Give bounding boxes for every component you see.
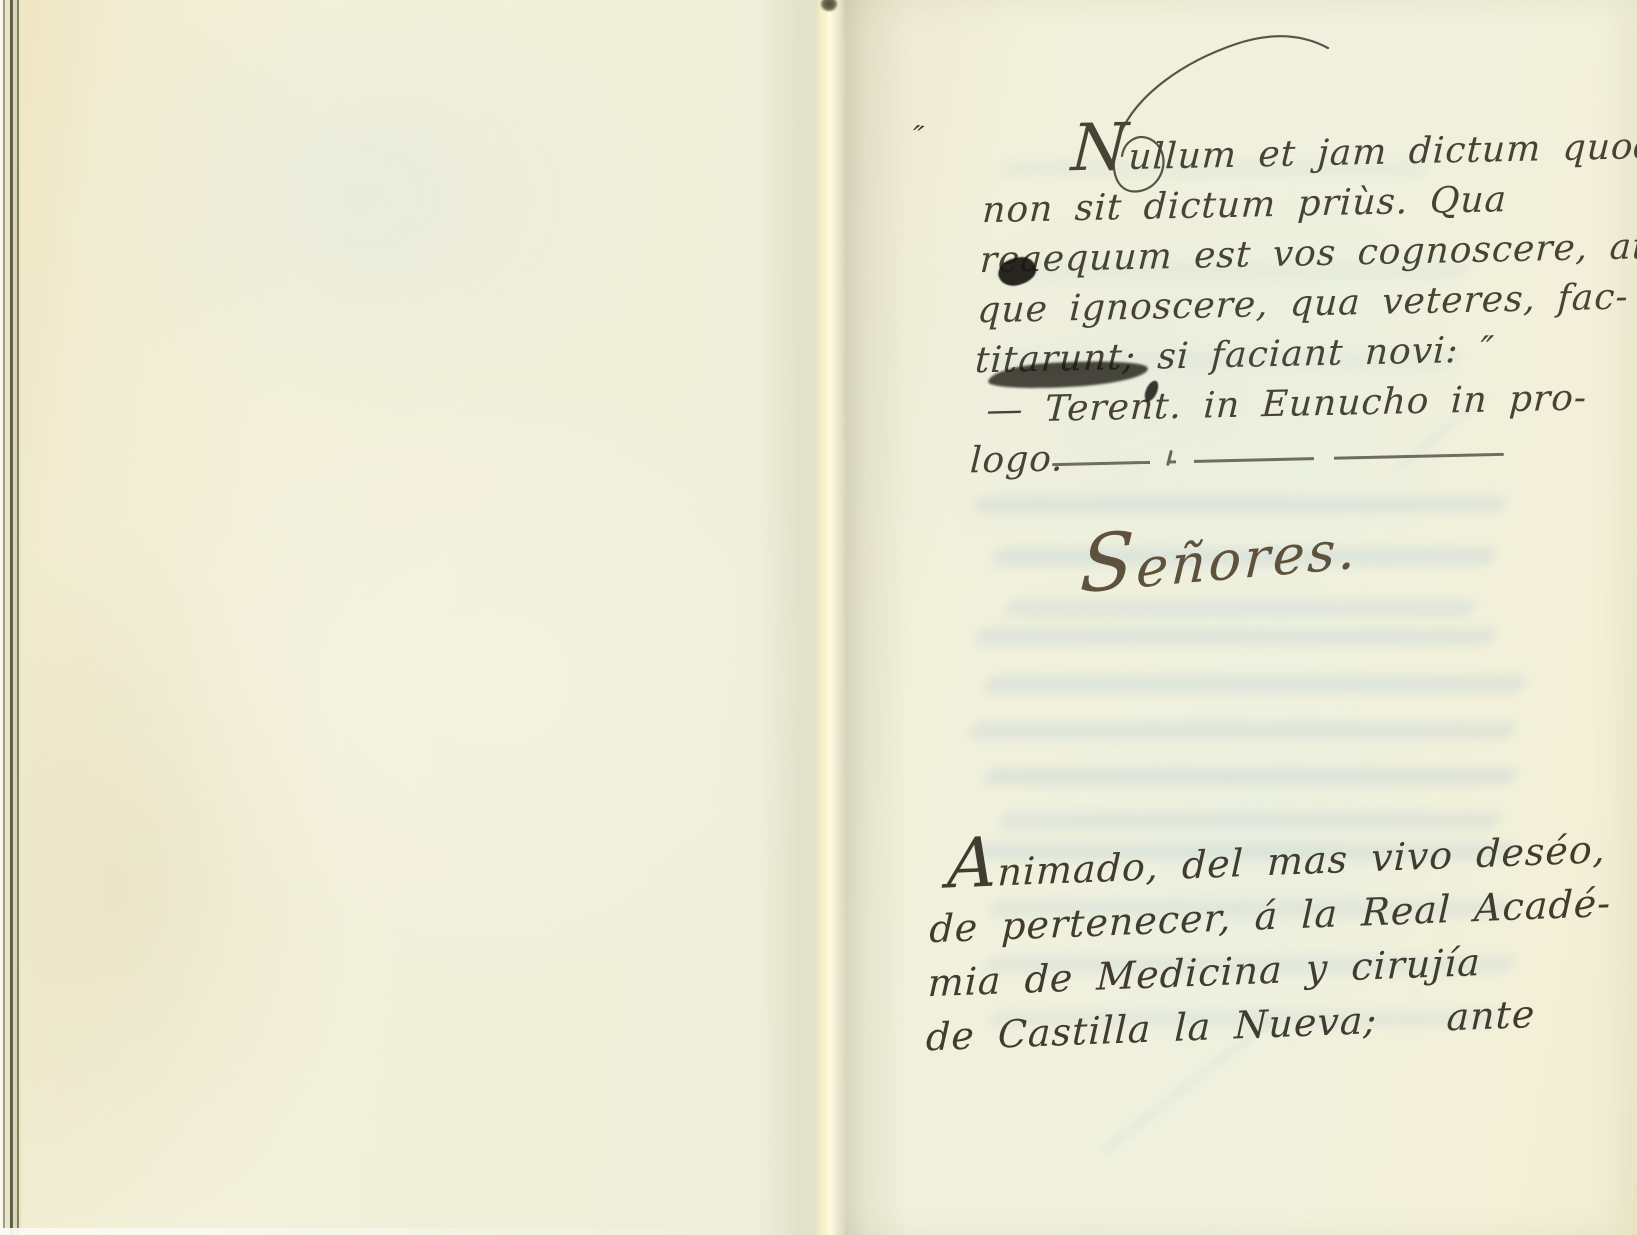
bleed-through-line bbox=[972, 628, 1498, 645]
bleed-through-line bbox=[982, 676, 1528, 693]
bleed-through-line bbox=[997, 812, 1503, 829]
book-gutter bbox=[758, 0, 908, 1235]
opening-paragraph: Animado, del mas vivo deséo, de pertenec… bbox=[925, 822, 1613, 1065]
left-blank-page bbox=[22, 0, 830, 1235]
bleed-through-line bbox=[972, 496, 1508, 513]
bleed-through-line bbox=[1002, 600, 1478, 617]
stacked-page-edges bbox=[0, 0, 22, 1235]
gutter-top-notch bbox=[820, 0, 838, 12]
latin-quote: Nullum et jam dictum quod non sit dictum… bbox=[969, 122, 1637, 487]
bottom-page-edge bbox=[0, 1228, 730, 1235]
bleed-through-line bbox=[982, 768, 1518, 785]
book-scan: ″ Nullum et jam dictum quod non sit dict… bbox=[0, 0, 1637, 1235]
bleed-through-line bbox=[967, 722, 1518, 739]
